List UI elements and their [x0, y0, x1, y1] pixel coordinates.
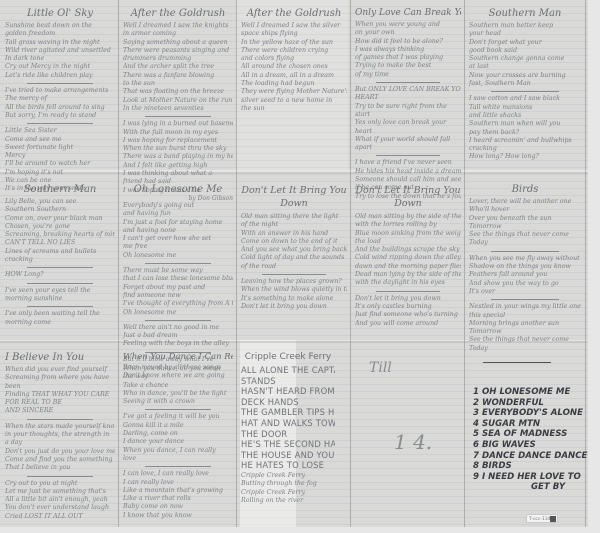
tracklist-item: 5 SEA OF MADNESS	[473, 429, 581, 440]
stanza-divider	[145, 263, 211, 264]
tag-mark-icon	[550, 516, 556, 522]
lyric-line: Old man sitting there the light	[241, 213, 347, 221]
lyric-line: There were children crying	[241, 47, 347, 55]
stanza-divider	[491, 299, 558, 300]
lyrics: Lily Belle, you can seeSouthern Southern…	[5, 198, 115, 327]
lyrics: Old man sitting there the lightof the ni…	[241, 213, 347, 311]
lyric-line: Screaming from where you have	[5, 374, 115, 382]
lyric-line: I'm just a fool for staying home	[123, 219, 233, 227]
lyric-line: Tomorrow	[469, 328, 581, 336]
lyric-line: When the stars made yourself known	[5, 423, 115, 431]
lyric-line: Butting through the fog	[241, 480, 335, 488]
song-block-after-the-goldrush-1: After the Goldrush Well I dreamed I saw …	[120, 2, 236, 170]
lyric-line: Don't let it bring you down	[355, 295, 461, 303]
stanza-divider	[376, 82, 440, 83]
scrawl-notes: Cripple Creek FerryButting through the f…	[241, 472, 335, 505]
tracklist-item: 4 SUGAR MTN	[473, 419, 581, 430]
lyric-line: There were peasants singing and	[123, 47, 233, 55]
lyric-line: I was always thinking	[355, 46, 461, 54]
track-title: SEA OF MADNESS	[479, 429, 567, 439]
lyric-line: Cry out Mercy in the night	[5, 63, 115, 71]
lyric-line: Baby come on now	[123, 503, 233, 511]
lyric-line: of my time	[355, 71, 461, 79]
lyric-line: I've thought of everything from A to Z	[123, 300, 233, 308]
lyric-line: He hides his head inside a dream	[355, 168, 461, 176]
track-title: BIG WAVES	[479, 440, 536, 450]
lyric-line: Just a bad dream	[123, 332, 233, 340]
lyric-line: The mercy of	[5, 95, 115, 103]
lyric-line: Trying to make the best	[355, 62, 461, 70]
lyrics: Lover, there will be another oneWho'll h…	[469, 198, 581, 353]
song-title: Till	[355, 360, 461, 376]
lyric-line: I've only been waiting tell the	[5, 310, 115, 318]
lyric-line: I heard screamin' and bullwhips	[469, 137, 581, 145]
lyric-line: at last	[469, 63, 581, 71]
tracklist-item: 9 I NEED HER LOVE TO	[473, 472, 581, 483]
song-block-oh-lonesome-me: Oh Lonesome Me by Don Gibson Everybody's…	[120, 178, 236, 340]
lyric-line: heart	[355, 128, 461, 136]
lyric-line: HE'S THE SECOND HALF OF	[241, 439, 335, 450]
lyric-line: cracking	[469, 145, 581, 153]
song-title: When You Dance I Can Really Love	[123, 352, 233, 362]
lyric-line: Lines of screams and bullets	[5, 248, 115, 256]
lyric-line: It's over	[469, 288, 581, 296]
lyric-line: Cried LOST IT ALL OUT	[5, 513, 115, 521]
lyric-line: The loading had begun	[241, 80, 347, 88]
column-rule	[236, 0, 237, 527]
lyric-line: When you dance, I can really	[123, 447, 233, 455]
lyric-line: In the nineteen seventies	[123, 105, 233, 113]
lyric-line: Everybody's going out	[123, 202, 233, 210]
lyric-line: Cripple Creek Ferry	[241, 489, 335, 497]
tracklist-item: 3 EVERYBODY'S ALONE	[473, 408, 581, 419]
lyric-line: Forget about my past and	[123, 284, 233, 292]
song-block-till: Till 1 4.	[352, 346, 464, 526]
lyric-line: Sweet fortunate light	[5, 144, 115, 152]
lyric-line: Nestled in your wings my little one	[469, 303, 581, 311]
tracklist-items: 1 OH LONESOME ME2 WONDERFUL3 EVERYBODY'S…	[469, 387, 581, 493]
lyric-line: And I felt like getting high	[123, 162, 233, 170]
lyric-line: I saw cotton and I saw black	[469, 95, 581, 103]
song-block-after-the-goldrush-2: After the Goldrush Well I dreamed I saw …	[238, 2, 350, 170]
track-title: I NEED HER LOVE TO	[479, 472, 581, 482]
stanza-divider	[376, 155, 440, 156]
lyric-line: I've got a feeling it will be you	[123, 413, 233, 421]
lyric-line: Southern change gonna come	[469, 55, 581, 63]
track-title: SUGAR MTN	[479, 419, 540, 429]
lyric-line: DECK HANDS	[241, 397, 335, 408]
lyric-line: I've tried to make arrangements	[5, 87, 115, 95]
lyric-line: I've seen your eyes tell the	[5, 287, 115, 295]
lyric-line: I have a friend I've never seen	[355, 159, 461, 167]
lyric-line: find someone new	[123, 292, 233, 300]
lyric-line: on your own	[355, 29, 461, 37]
lyric-line: cracking	[5, 256, 115, 264]
lyric-sheet: Little Ol' Sky Sunshine beat down on the…	[0, 0, 588, 527]
song-title: Southern Man	[5, 184, 115, 195]
lyric-line: And the archer split the tree	[123, 63, 233, 71]
song-title: I Believe In You	[5, 352, 115, 363]
lyric-line: THE GAMBLER TIPS HIS	[241, 407, 335, 418]
lyric-line: Let me just be something that's	[5, 488, 115, 496]
lyric-line: AND SINCERE	[5, 407, 115, 415]
track-title: WONDERFUL	[479, 398, 544, 408]
lyric-line: Morning brings another sun	[469, 320, 581, 328]
song-block-southern-man: Southern Man Lily Belle, you can seeSout…	[2, 178, 118, 340]
lyric-line: What if your world should fall	[355, 136, 461, 144]
lyric-line: CAN'T TELL NO LIES	[5, 239, 115, 247]
lyric-line: But sorry, I'm ready to stand	[5, 112, 115, 120]
lyric-line: Oh lonesome me	[123, 252, 233, 260]
lyric-line: Blue moon sinking from the weight of	[355, 230, 461, 238]
song-title: Little Ol' Sky	[5, 8, 115, 19]
track-title-continued: GET BY	[473, 482, 581, 493]
lyric-line: Cold wind ripping down the alley at	[355, 254, 461, 262]
lyric-line: All a little bit ain't enough, yeah	[5, 496, 115, 504]
song-title: After the Goldrush	[123, 8, 233, 19]
lyric-line: Southern man when will you	[469, 120, 581, 128]
lyric-line: Saying something about a queen	[123, 39, 233, 47]
stanza-divider	[145, 466, 211, 467]
lyric-line: love	[123, 455, 233, 463]
lyric-line: Over you beneath the sun	[469, 215, 581, 223]
lyric-line: dawn and the morning paper flies	[355, 263, 461, 271]
song-block-birds: Birds Lover, there will be another oneWh…	[466, 178, 584, 346]
song-title: Don't Let It Bring You Down	[241, 184, 347, 210]
stanza-divider	[376, 291, 440, 292]
lyrics: Old man sitting by the side of the roadw…	[355, 213, 461, 328]
lyric-line: THE DOOR	[241, 429, 335, 440]
column-rule	[350, 0, 351, 527]
lyric-line: When the sun burst thru the sky	[123, 145, 233, 153]
lyric-line: Leaving how the places grown?	[241, 278, 347, 286]
stanza-divider	[27, 83, 93, 84]
lyric-line: apart	[355, 144, 461, 152]
song-block-when-you-dance: When You Dance I Can Really Love When yo…	[120, 346, 236, 526]
lyric-line: STANDS	[241, 376, 335, 387]
lyric-line: Sunshine beat down on the	[5, 22, 115, 30]
lyric-line: Don't you just do you your love me?	[5, 448, 115, 456]
lyric-line: They were flying Mother Nature's	[241, 88, 347, 96]
lyric-line: Like a mountain that's growing	[123, 487, 233, 495]
archive-tag: T-ccc-1346	[526, 514, 558, 523]
lyric-line: In dark tone	[5, 55, 115, 63]
lyric-line: fast, Southern Man	[469, 80, 581, 88]
divider	[483, 362, 551, 363]
lyric-line: your head	[469, 30, 581, 38]
lyric-line: Like a river that rolls	[123, 495, 233, 503]
lyric-line: Come and see me	[5, 136, 115, 144]
lyric-line: I can love, I can really love	[123, 470, 233, 478]
stanza-divider	[491, 251, 558, 252]
lyric-line: Old man sitting by the side of the road	[355, 213, 461, 221]
lyric-line: Cold light of day and the sounds	[241, 254, 347, 262]
lyric-line: There was a band playing in my head	[123, 153, 233, 161]
lyric-line: space ships flying	[241, 30, 347, 38]
lyric-line: Screaming, breaking hearts of mine	[5, 231, 115, 239]
stanza-divider	[491, 91, 558, 92]
lyric-line: with the daylight in his eyes	[355, 279, 461, 287]
stanza-divider	[145, 116, 211, 117]
lyric-line: Come on, over your black man	[5, 215, 115, 223]
lyric-line: How did it feel to be alone?	[355, 38, 461, 46]
lyric-line: Dead man lying by the side of the road	[355, 271, 461, 279]
lyric-line: And the buildings scrape the sky	[355, 246, 461, 254]
lyric-line: When you see me fly away without you	[469, 255, 581, 263]
lyric-line: HASN'T HEARD FROM HIS	[241, 386, 335, 397]
song-title: Only Love Can Break Your Heart	[355, 8, 461, 18]
lyric-line: Today	[469, 345, 581, 353]
lyric-line: HE HATES TO LOSE	[241, 460, 335, 471]
lyric-line: and having none	[123, 227, 233, 235]
song-title: Southern Man	[469, 8, 581, 19]
lyric-line: that I can lose these lonesome blues	[123, 275, 233, 283]
lyric-line: Chosen, you're gone	[5, 223, 115, 231]
page-mark: 1 4.	[394, 430, 432, 454]
lyric-line: Who'll hover	[469, 206, 581, 214]
lyric-line: I can't get over how she set	[123, 235, 233, 243]
stanza-divider	[145, 320, 211, 321]
tracklist-item: 8 BIRDS	[473, 461, 581, 472]
lyric-line: With an answer in his hand	[241, 230, 347, 238]
lyric-line: When you were young and	[355, 21, 461, 29]
track-title: BIRDS	[479, 461, 512, 471]
tracklist-item: 6 BIG WAVES	[473, 440, 581, 451]
lyric-line: Don't forget what your	[469, 39, 581, 47]
lyric-line: When the wind blows quietly in the trees	[241, 286, 347, 294]
stanza-divider	[27, 123, 93, 124]
lyric-line: With the full moon in my eyes	[123, 129, 233, 137]
song-title: After the Goldrush	[241, 8, 347, 19]
lyric-line: And you see what you bring back	[241, 246, 347, 254]
lyric-line: You don't ever understand laugh	[5, 504, 115, 512]
lyric-line: this special	[469, 312, 581, 320]
lyric-line: Well I dreamed I saw the silver	[241, 22, 347, 30]
lyric-line: Tall grass waving in the night	[5, 39, 115, 47]
song-title: Don't Let It Bring You Down	[355, 184, 461, 210]
lyric-line: See the things that never come	[469, 231, 581, 239]
lyric-line: Who in dance, you'll be the light	[123, 390, 233, 398]
lyric-line: Southern man better keep	[469, 22, 581, 30]
lyric-line: There must be some way	[123, 267, 233, 275]
lyric-line: Rolling on the river	[241, 497, 335, 505]
lyric-line: silver seed to a new home in	[241, 97, 347, 105]
lyric-line: Let's ride like children play	[5, 72, 115, 80]
lyric-line: In the yellow haze of the sun	[241, 39, 347, 47]
song-block-southern-man-2: Southern Man Southern man better keepyou…	[466, 2, 584, 170]
stanza-divider	[27, 476, 93, 477]
song-title: Birds	[469, 184, 581, 195]
song-block-only-love: Only Love Can Break Your Heart When you …	[352, 2, 464, 170]
lyric-line: drummers drumming	[123, 55, 233, 63]
track-title: EVERYBODY'S ALONE	[479, 408, 583, 418]
column-rule	[118, 0, 119, 527]
lyric-line: I'll be around to watch her	[5, 160, 115, 168]
lyrics: Southern man better keepyour headDon't f…	[469, 22, 581, 162]
lyric-line: Little Sea Sister	[5, 127, 115, 135]
lyric-line: Well I dreamed I saw the knights	[123, 22, 233, 30]
stanza-divider	[27, 306, 93, 307]
lyric-line: Tall white mansions	[469, 104, 581, 112]
stanza-divider	[27, 283, 93, 284]
lyric-line: When did you ever find yourself	[5, 366, 115, 374]
lyric-line: and little shacks	[469, 112, 581, 120]
lyric-line: I dance your dance	[123, 438, 233, 446]
lyric-line: Try to be sure right from the	[355, 103, 461, 111]
lyric-line: That was floating on the breeze	[123, 88, 233, 96]
song-title: Cripple Creek Ferry	[241, 352, 335, 362]
tracklist-item: 1 OH LONESOME ME	[473, 387, 581, 398]
column-rule	[464, 0, 465, 527]
lyric-line: Take a chance	[123, 382, 233, 390]
lyric-line: And you will come around	[355, 320, 461, 328]
lyric-line: That I believe in you	[5, 464, 115, 472]
lyric-line: But ONLY LOVE CAN BREAK YOUR	[355, 86, 461, 94]
lyric-line: HOW Long?	[5, 271, 115, 279]
lyric-line: with the lorries rolling by	[355, 221, 461, 229]
lyric-line: Seeing it with a crown	[123, 398, 233, 406]
lyric-line: start	[355, 111, 461, 119]
lyric-line: Lily Belle, you can see	[5, 198, 115, 206]
stanza-divider	[262, 274, 326, 275]
lyric-line: I was lying in a burned out basement	[123, 120, 233, 128]
lyric-line: Now your crosses are burning	[469, 72, 581, 80]
lyric-line: I can really love	[123, 479, 233, 487]
lyric-line: pay them back?	[469, 129, 581, 137]
lyric-line: Finding THAT WHAT YOU CARE	[5, 391, 115, 399]
song-block-i-believe-in-you: I Believe In You When did you ever find …	[2, 346, 118, 526]
lyric-line: of the night	[241, 221, 347, 229]
lyrics: When you were young andon your ownHow di…	[355, 21, 461, 201]
lyric-line: Shadow on the things you know	[469, 263, 581, 271]
sheet-edge	[585, 0, 586, 527]
stanza-divider	[145, 409, 211, 410]
lyric-line: in armor coming	[123, 30, 233, 38]
lyric-line: All the birds fell around to sing	[5, 104, 115, 112]
lyric-line: THE HOUSE AND YOU KNOW	[241, 450, 335, 461]
lyric-line: When you dance, do you mean	[123, 365, 233, 373]
lyric-line: Come on down to the end of it	[241, 238, 347, 246]
lyric-line: Oh lonesome me	[123, 309, 233, 317]
lyric-line: of the road	[241, 263, 347, 271]
track-title: DANCE DANCE DANCE	[479, 451, 587, 461]
lyric-line: me free	[123, 243, 233, 251]
lyric-line: Yes only love can break your	[355, 119, 461, 127]
lyric-line: Tomorrow	[469, 223, 581, 231]
lyric-line: Lover, there will be another one	[469, 198, 581, 206]
lyric-line: been	[5, 383, 115, 391]
lyric-line: Don't let it bring you down	[241, 303, 347, 311]
lyric-line: FOR REAL TO BE	[5, 399, 115, 407]
lyric-line: It's something to make alone	[241, 295, 347, 303]
lyric-line: the load	[355, 238, 461, 246]
lyric-line: to the sun	[123, 80, 233, 88]
song-block-cripple-creek-ferry: Cripple Creek Ferry ALL ALONE THE CAPTAI…	[238, 352, 338, 527]
song-credit: by Don Gibson	[123, 195, 233, 202]
lyric-line: the sun	[241, 105, 347, 113]
lyric-line: and having fun	[123, 210, 233, 218]
lyric-line: Well there ain't no good in me	[123, 324, 233, 332]
lyric-line: I'm hoping it's not	[5, 169, 115, 177]
lyric-line: Southern Southern	[5, 206, 115, 214]
lyric-line: Just find someone who's turning	[355, 311, 461, 319]
lyric-line: Come and find you the something	[5, 456, 115, 464]
lyric-line: in your thoughts, the strength in	[5, 431, 115, 439]
lyric-line: I was hoping for replacement	[123, 137, 233, 145]
lyric-line: good book said	[469, 47, 581, 55]
lyrics: Well I dreamed I saw the knightsin armor…	[123, 22, 233, 195]
lyric-line: It's only castles burning	[355, 303, 461, 311]
lyric-line: Today	[469, 239, 581, 247]
lyric-line: a day	[5, 439, 115, 447]
lyric-line: There was a fanfare blowing	[123, 72, 233, 80]
lyric-line: Feathers fall around you	[469, 271, 581, 279]
lyric-line: Wild river agitated and unsettled	[5, 47, 115, 55]
lyric-line: All around the chosen ones	[241, 63, 347, 71]
lyric-line: And show you the way to go	[469, 280, 581, 288]
song-title: Oh Lonesome Me	[123, 184, 233, 195]
stanza-divider	[27, 419, 93, 420]
song-block-little-ol-sky: Little Ol' Sky Sunshine beat down on the…	[2, 2, 118, 170]
song-block-dont-let-it-bring-you-down-1: Don't Let It Bring You Down Old man sitt…	[238, 178, 350, 340]
lyric-line: golden freedom	[5, 30, 115, 38]
lyric-line: HEART	[355, 94, 461, 102]
lyric-line: of games that I was playing	[355, 54, 461, 62]
lyric-line: I know that you know	[123, 512, 233, 520]
lyric-line: Gonna kill it a mile	[123, 422, 233, 430]
lyrics: When did you ever find yourselfScreaming…	[5, 366, 115, 521]
lyric-line: Cry out to you at night	[5, 480, 115, 488]
lyric-line: ALL ALONE THE CAPTAIN	[241, 365, 335, 376]
lyric-line: morning come	[5, 319, 115, 327]
tracklist-item: 2 WONDERFUL	[473, 398, 581, 409]
lyric-line: Cripple Creek Ferry	[241, 472, 335, 480]
lyrics: Well I dreamed I saw the silverspace shi…	[241, 22, 347, 113]
lyric-line: Look at Mother Nature on the run	[123, 97, 233, 105]
tracklist-item: 7 DANCE DANCE DANCE	[473, 451, 581, 462]
lyric-line: the way	[123, 373, 233, 381]
lyric-line: morning sunshine	[5, 295, 115, 303]
lyric-line: All in a dream, all in a dream	[241, 72, 347, 80]
lyric-line: HAT AND WALKS TOWARDS	[241, 418, 335, 429]
stanza-divider	[27, 267, 93, 268]
lyrics: When you dance, do you meanthe wayTake a…	[123, 365, 233, 520]
tracklist: 1 OH LONESOME ME2 WONDERFUL3 EVERYBODY'S…	[466, 362, 584, 512]
lyrics: Sunshine beat down on thegolden freedomT…	[5, 22, 115, 194]
lyrics: ALL ALONE THE CAPTAINSTANDSHASN'T HEARD …	[241, 365, 335, 471]
lyric-line: How long? How long?	[469, 153, 581, 161]
lyric-line: Mercy	[5, 152, 115, 160]
lyric-line: and colors flying	[241, 55, 347, 63]
lyric-line: See the things that never come	[469, 336, 581, 344]
song-block-dont-let-it-bring-you-down-2: Don't Let It Bring You Down Old man sitt…	[352, 178, 464, 340]
track-title: OH LONESOME ME	[479, 387, 570, 397]
lyric-line: Darling, come on	[123, 430, 233, 438]
